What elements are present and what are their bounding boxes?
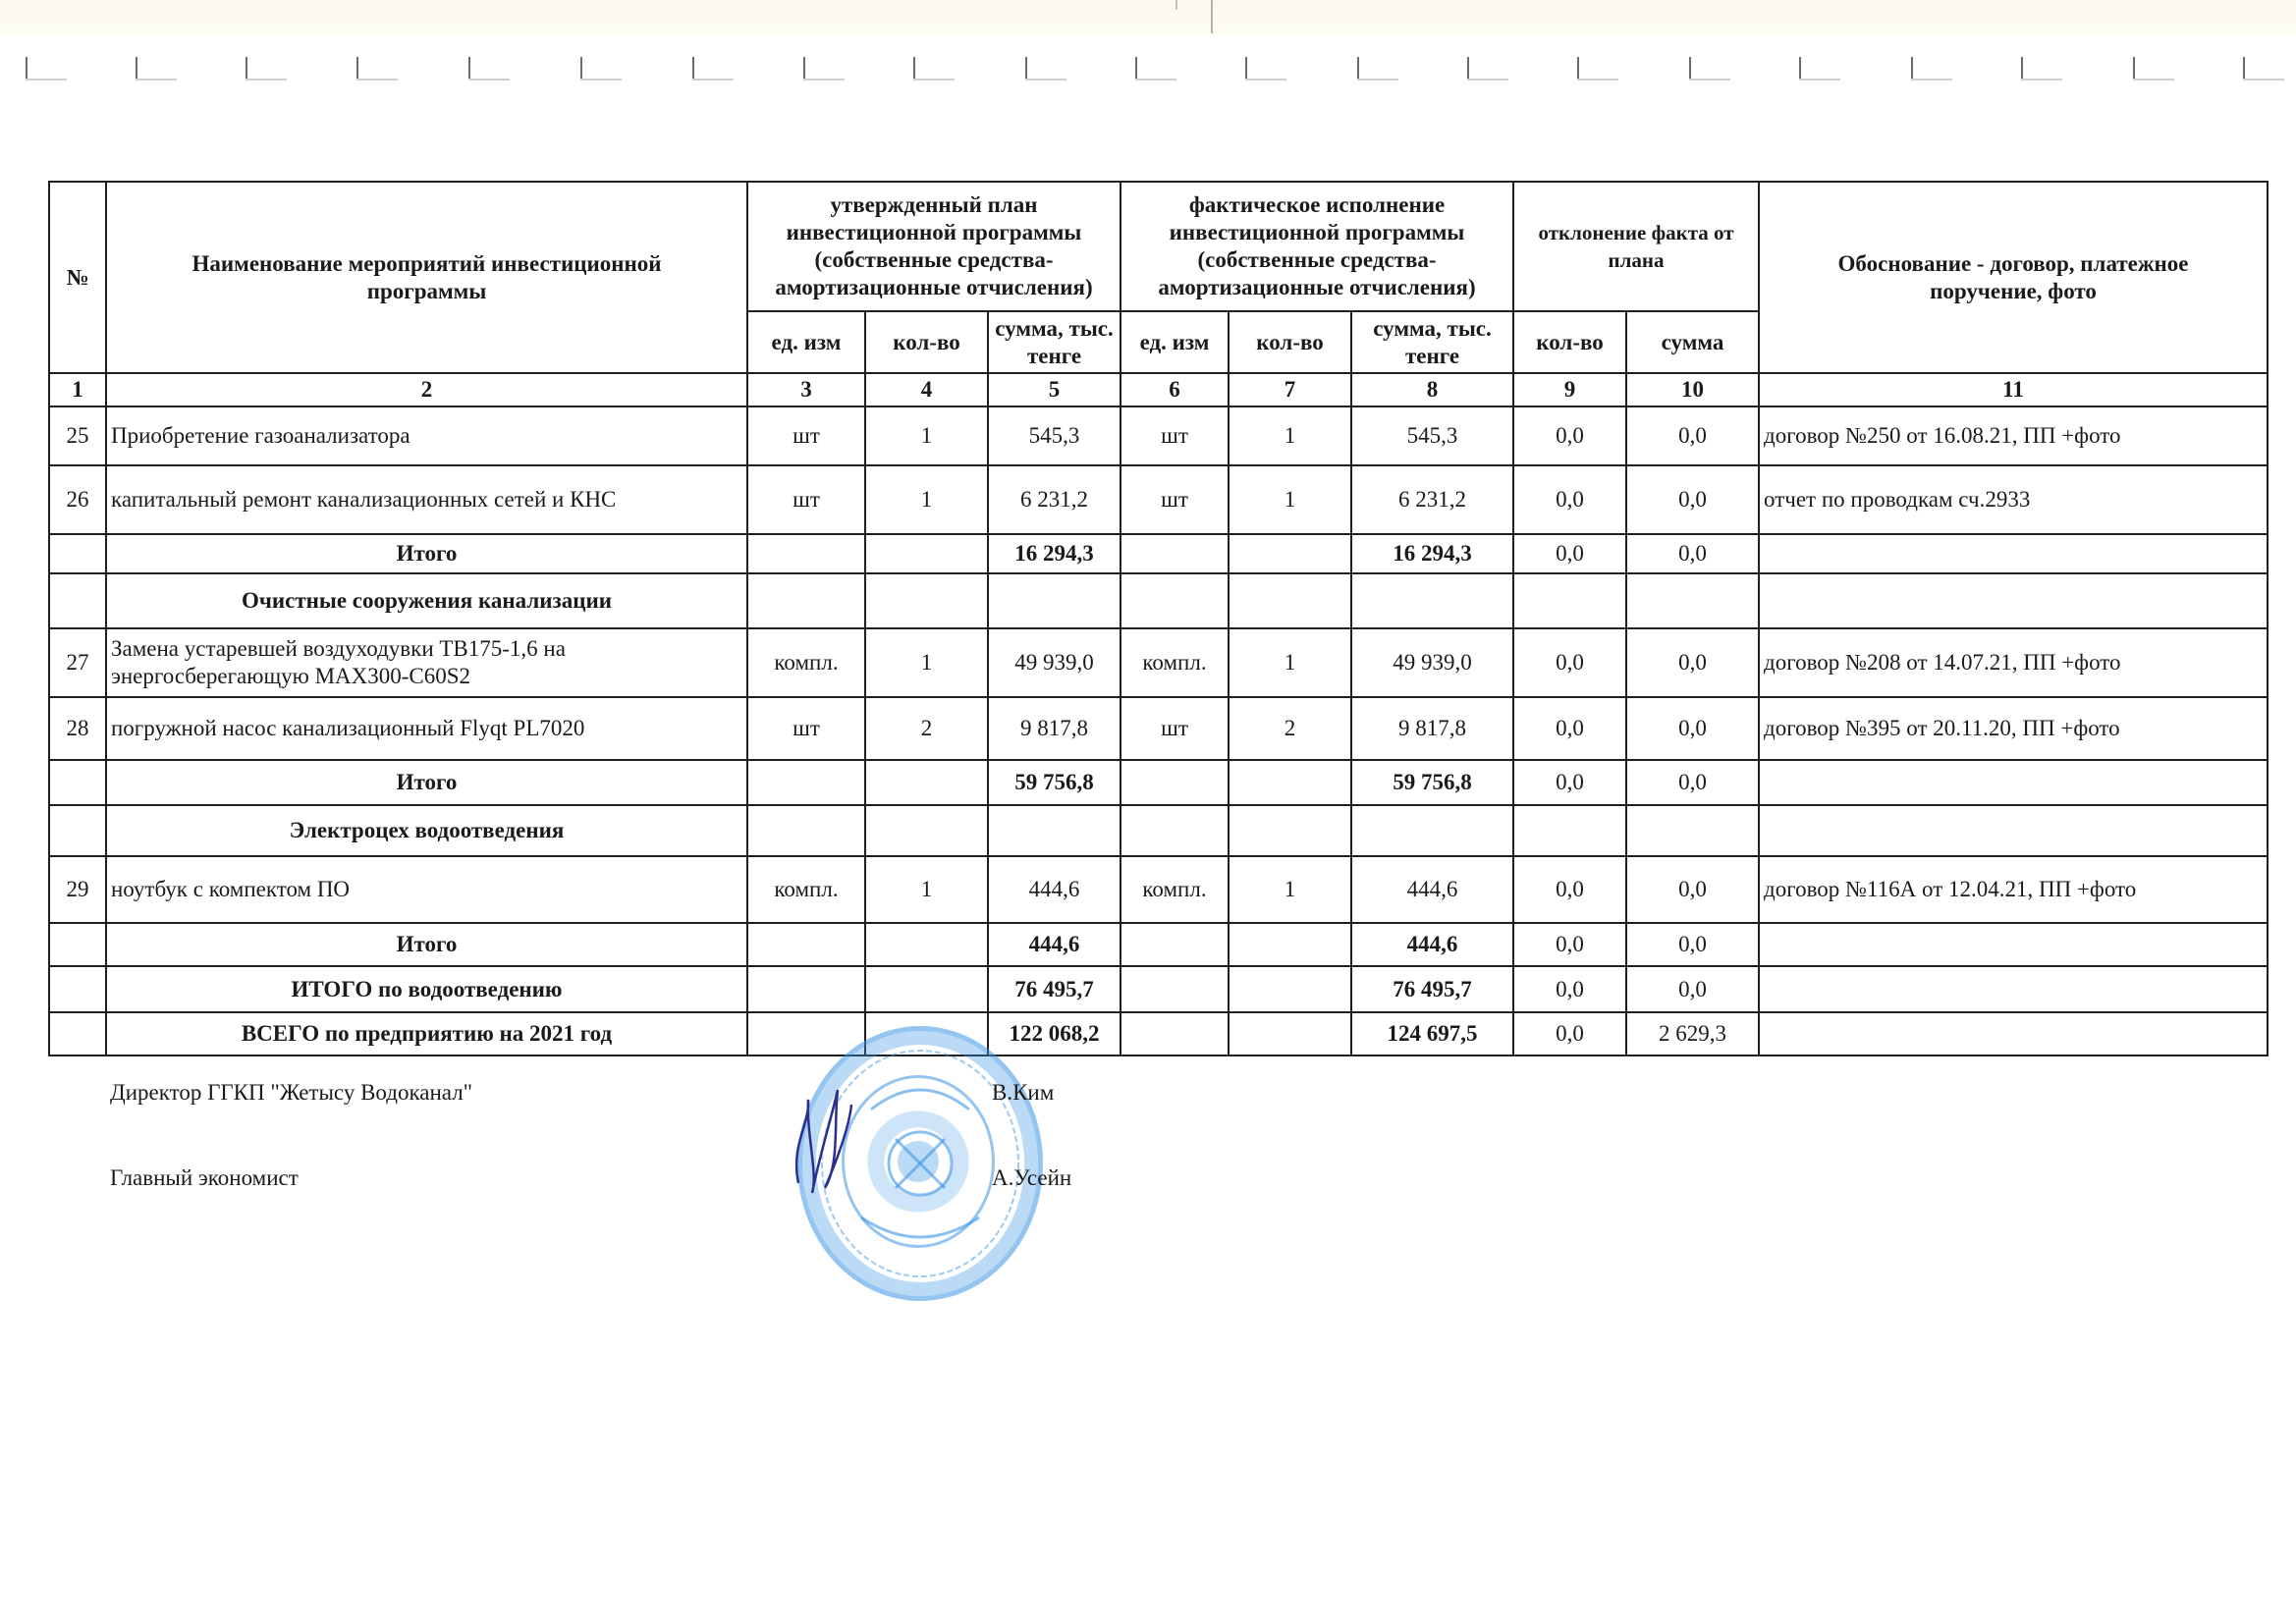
cell-fact-qty xyxy=(1229,760,1351,805)
column-number: 6 xyxy=(1121,373,1229,406)
cell-dev-sum xyxy=(1626,805,1759,856)
cell-fact-sum: 124 697,5 xyxy=(1351,1012,1513,1055)
column-number: 9 xyxy=(1513,373,1626,406)
cell-plan-qty: 1 xyxy=(865,465,988,534)
cell-fact-unit: шт xyxy=(1121,406,1229,465)
ruler-tick xyxy=(26,57,27,81)
cell-no xyxy=(49,966,106,1012)
page-fold xyxy=(1211,0,1213,33)
ruler-marks xyxy=(0,57,2296,86)
header-no: № xyxy=(49,182,106,373)
cell-dev-sum: 0,0 xyxy=(1626,406,1759,465)
cell-fact-sum: 16 294,3 xyxy=(1351,534,1513,573)
cell-fact-sum: 6 231,2 xyxy=(1351,465,1513,534)
ruler-tick xyxy=(692,57,694,81)
column-number-row: 1234567891011 xyxy=(49,373,2268,406)
column-number: 1 xyxy=(49,373,106,406)
ruler-tick xyxy=(2243,57,2245,81)
cell-justification xyxy=(1759,923,2268,966)
cell-no: 25 xyxy=(49,406,106,465)
table-row: 26капитальный ремонт канализационных сет… xyxy=(49,465,2268,534)
cell-justification xyxy=(1759,966,2268,1012)
cell-plan-sum xyxy=(988,805,1121,856)
cell-fact-sum: 76 495,7 xyxy=(1351,966,1513,1012)
cell-fact-unit xyxy=(1121,1012,1229,1055)
cell-dev-sum: 0,0 xyxy=(1626,966,1759,1012)
cell-fact-sum xyxy=(1351,805,1513,856)
cell-name: Приобретение газоанализатора xyxy=(106,406,747,465)
cell-plan-sum: 444,6 xyxy=(988,923,1121,966)
cell-plan-qty: 1 xyxy=(865,406,988,465)
total-row: Итого16 294,316 294,30,00,0 xyxy=(49,534,2268,573)
ruler-tick xyxy=(2133,57,2135,81)
total-row: ВСЕГО по предприятию на 2021 год122 068,… xyxy=(49,1012,2268,1055)
cell-dev-qty: 0,0 xyxy=(1513,1012,1626,1055)
cell-fact-unit: компл. xyxy=(1121,628,1229,697)
ruler-tick xyxy=(1135,57,1137,81)
cell-no: 27 xyxy=(49,628,106,697)
cell-name: ИТОГО по водоотведению xyxy=(106,966,747,1012)
investment-program-table: № Наименование мероприятий инвестиционно… xyxy=(48,181,2269,1056)
cell-fact-sum: 444,6 xyxy=(1351,856,1513,923)
ruler-tick xyxy=(1357,57,1359,81)
cell-fact-unit: компл. xyxy=(1121,856,1229,923)
cell-no: 28 xyxy=(49,697,106,760)
column-number: 8 xyxy=(1351,373,1513,406)
cell-plan-unit: шт xyxy=(747,697,865,760)
signature-economist-name: А.Усейн xyxy=(992,1165,1071,1191)
cell-plan-unit: шт xyxy=(747,465,865,534)
cell-dev-qty: 0,0 xyxy=(1513,856,1626,923)
cell-dev-sum: 0,0 xyxy=(1626,760,1759,805)
cell-fact-qty xyxy=(1229,805,1351,856)
total-row: Итого444,6444,60,00,0 xyxy=(49,923,2268,966)
cell-name: Итого xyxy=(106,534,747,573)
cell-plan-unit xyxy=(747,805,865,856)
column-number: 5 xyxy=(988,373,1121,406)
cell-no xyxy=(49,760,106,805)
header-plan-unit: ед. изм xyxy=(747,311,865,373)
cell-fact-qty: 1 xyxy=(1229,406,1351,465)
cell-name: Итого xyxy=(106,760,747,805)
total-row: ИТОГО по водоотведению76 495,776 495,70,… xyxy=(49,966,2268,1012)
header-fact-unit: ед. изм xyxy=(1121,311,1229,373)
cell-dev-qty xyxy=(1513,573,1626,628)
signature-icon xyxy=(791,1085,859,1203)
cell-dev-sum: 0,0 xyxy=(1626,856,1759,923)
cell-name: Итого xyxy=(106,923,747,966)
cell-justification xyxy=(1759,534,2268,573)
ruler-tick xyxy=(1689,57,1691,81)
cell-plan-qty xyxy=(865,573,988,628)
cell-dev-qty: 0,0 xyxy=(1513,923,1626,966)
cell-fact-qty xyxy=(1229,573,1351,628)
cell-no xyxy=(49,805,106,856)
table-row: 29ноутбук с компектом ПОкомпл.1444,6комп… xyxy=(49,856,2268,923)
column-number: 3 xyxy=(747,373,865,406)
page-fold xyxy=(1175,0,1177,10)
cell-plan-unit xyxy=(747,966,865,1012)
cell-plan-qty xyxy=(865,966,988,1012)
cell-name: ВСЕГО по предприятию на 2021 год xyxy=(106,1012,747,1055)
cell-name: капитальный ремонт канализационных сетей… xyxy=(106,465,747,534)
cell-plan-qty xyxy=(865,534,988,573)
ruler-tick xyxy=(468,57,470,81)
cell-plan-qty: 2 xyxy=(865,697,988,760)
cell-justification: договор №250 от 16.08.21, ПП +фото xyxy=(1759,406,2268,465)
cell-dev-qty: 0,0 xyxy=(1513,628,1626,697)
ruler-tick xyxy=(1245,57,1247,81)
cell-fact-sum xyxy=(1351,573,1513,628)
header-fact-group: фактическое исполнение инвестиционной пр… xyxy=(1121,182,1513,311)
header-dev-qty: кол-во xyxy=(1513,311,1626,373)
cell-fact-unit xyxy=(1121,923,1229,966)
cell-plan-sum: 444,6 xyxy=(988,856,1121,923)
cell-fact-sum: 545,3 xyxy=(1351,406,1513,465)
cell-no: 26 xyxy=(49,465,106,534)
cell-plan-unit: шт xyxy=(747,406,865,465)
scan-edge xyxy=(0,0,2296,35)
cell-dev-qty: 0,0 xyxy=(1513,465,1626,534)
header-justification: Обоснование - договор, платежное поручен… xyxy=(1759,182,2268,373)
cell-fact-qty: 1 xyxy=(1229,465,1351,534)
cell-no: 29 xyxy=(49,856,106,923)
cell-name: ноутбук с компектом ПО xyxy=(106,856,747,923)
header-plan-group: утвержденный план инвестиционной програм… xyxy=(747,182,1121,311)
column-number: 7 xyxy=(1229,373,1351,406)
cell-justification xyxy=(1759,1012,2268,1055)
ruler-tick xyxy=(136,57,137,81)
cell-justification: отчет по проводкам сч.2933 xyxy=(1759,465,2268,534)
signature-economist-title: Главный экономист xyxy=(110,1165,299,1191)
cell-plan-qty: 1 xyxy=(865,856,988,923)
cell-fact-unit xyxy=(1121,760,1229,805)
signature-director-title: Директор ГГКП "Жетысу Водоканал" xyxy=(110,1080,472,1106)
column-number: 4 xyxy=(865,373,988,406)
column-number: 10 xyxy=(1626,373,1759,406)
ruler-tick xyxy=(356,57,358,81)
cell-fact-qty xyxy=(1229,534,1351,573)
table-row: 27Замена устаревшей воздуходувки ТВ175-1… xyxy=(49,628,2268,697)
cell-fact-sum: 444,6 xyxy=(1351,923,1513,966)
cell-fact-unit: шт xyxy=(1121,465,1229,534)
cell-fact-qty: 2 xyxy=(1229,697,1351,760)
cell-fact-sum: 49 939,0 xyxy=(1351,628,1513,697)
cell-justification xyxy=(1759,760,2268,805)
header-fact-qty: кол-во xyxy=(1229,311,1351,373)
header-plan-sum: сумма, тыс. тенге xyxy=(988,311,1121,373)
cell-no xyxy=(49,1012,106,1055)
cell-dev-sum: 2 629,3 xyxy=(1626,1012,1759,1055)
cell-plan-unit xyxy=(747,573,865,628)
cell-dev-qty: 0,0 xyxy=(1513,697,1626,760)
seal-inner-ring xyxy=(842,1075,995,1248)
cell-fact-unit xyxy=(1121,534,1229,573)
cell-plan-sum: 49 939,0 xyxy=(988,628,1121,697)
section-row: Электроцех водоотведения xyxy=(49,805,2268,856)
cell-no xyxy=(49,534,106,573)
header-dev-sum: сумма xyxy=(1626,311,1759,373)
ruler-tick xyxy=(913,57,915,81)
cell-fact-unit: шт xyxy=(1121,697,1229,760)
header-plan-qty: кол-во xyxy=(865,311,988,373)
cell-plan-unit xyxy=(747,923,865,966)
cell-justification: договор №116А от 12.04.21, ПП +фото xyxy=(1759,856,2268,923)
cell-justification: договор №208 от 14.07.21, ПП +фото xyxy=(1759,628,2268,697)
header-deviation-group: отклонение факта от плана xyxy=(1513,182,1759,311)
cell-plan-qty xyxy=(865,805,988,856)
cell-plan-unit xyxy=(747,760,865,805)
cell-dev-sum: 0,0 xyxy=(1626,697,1759,760)
cell-plan-unit: компл. xyxy=(747,628,865,697)
cell-plan-unit xyxy=(747,534,865,573)
ruler-tick xyxy=(580,57,582,81)
cell-dev-qty: 0,0 xyxy=(1513,406,1626,465)
cell-plan-qty: 1 xyxy=(865,628,988,697)
ruler-tick xyxy=(2021,57,2023,81)
cell-dev-sum: 0,0 xyxy=(1626,465,1759,534)
cell-name: Очистные сооружения канализации xyxy=(106,573,747,628)
ruler-tick xyxy=(1467,57,1469,81)
cell-fact-qty: 1 xyxy=(1229,628,1351,697)
cell-dev-qty: 0,0 xyxy=(1513,966,1626,1012)
ruler-tick xyxy=(1799,57,1801,81)
cell-plan-sum: 16 294,3 xyxy=(988,534,1121,573)
cell-name: Электроцех водоотведения xyxy=(106,805,747,856)
table-row: 25Приобретение газоанализаторашт1545,3шт… xyxy=(49,406,2268,465)
cell-fact-sum: 59 756,8 xyxy=(1351,760,1513,805)
cell-name: погружной насос канализационный Flyqt PL… xyxy=(106,697,747,760)
cell-dev-qty xyxy=(1513,805,1626,856)
cell-no xyxy=(49,923,106,966)
cell-dev-sum: 0,0 xyxy=(1626,534,1759,573)
ruler-tick xyxy=(1577,57,1579,81)
column-number: 2 xyxy=(106,373,747,406)
ruler-tick xyxy=(246,57,247,81)
cell-dev-sum xyxy=(1626,573,1759,628)
cell-no xyxy=(49,573,106,628)
cell-dev-qty: 0,0 xyxy=(1513,534,1626,573)
cell-plan-sum: 76 495,7 xyxy=(988,966,1121,1012)
cell-fact-unit xyxy=(1121,966,1229,1012)
cell-dev-sum: 0,0 xyxy=(1626,923,1759,966)
cell-plan-sum: 545,3 xyxy=(988,406,1121,465)
ruler-tick xyxy=(1911,57,1913,81)
table-row: 28погружной насос канализационный Flyqt … xyxy=(49,697,2268,760)
cell-fact-sum: 9 817,8 xyxy=(1351,697,1513,760)
cell-plan-sum: 9 817,8 xyxy=(988,697,1121,760)
cell-fact-qty xyxy=(1229,923,1351,966)
ruler-tick xyxy=(803,57,805,81)
cell-dev-qty: 0,0 xyxy=(1513,760,1626,805)
cell-fact-unit xyxy=(1121,805,1229,856)
column-number: 11 xyxy=(1759,373,2268,406)
cell-plan-unit: компл. xyxy=(747,856,865,923)
cell-justification: договор №395 от 20.11.20, ПП +фото xyxy=(1759,697,2268,760)
cell-dev-sum: 0,0 xyxy=(1626,628,1759,697)
total-row: Итого59 756,859 756,80,00,0 xyxy=(49,760,2268,805)
ruler-tick xyxy=(1025,57,1027,81)
cell-justification xyxy=(1759,805,2268,856)
cell-plan-sum: 6 231,2 xyxy=(988,465,1121,534)
cell-justification xyxy=(1759,573,2268,628)
cell-fact-qty xyxy=(1229,966,1351,1012)
signature-director-name: В.Ким xyxy=(992,1080,1054,1106)
cell-fact-qty xyxy=(1229,1012,1351,1055)
cell-plan-sum: 59 756,8 xyxy=(988,760,1121,805)
cell-plan-qty xyxy=(865,760,988,805)
section-row: Очистные сооружения канализации xyxy=(49,573,2268,628)
cell-fact-qty: 1 xyxy=(1229,856,1351,923)
cell-plan-sum xyxy=(988,573,1121,628)
header-fact-sum: сумма, тыс. тенге xyxy=(1351,311,1513,373)
header-name: Наименование мероприятий инвестиционной … xyxy=(106,182,747,373)
cell-plan-qty xyxy=(865,923,988,966)
cell-fact-unit xyxy=(1121,573,1229,628)
cell-name: Замена устаревшей воздуходувки ТВ175-1,6… xyxy=(106,628,747,697)
